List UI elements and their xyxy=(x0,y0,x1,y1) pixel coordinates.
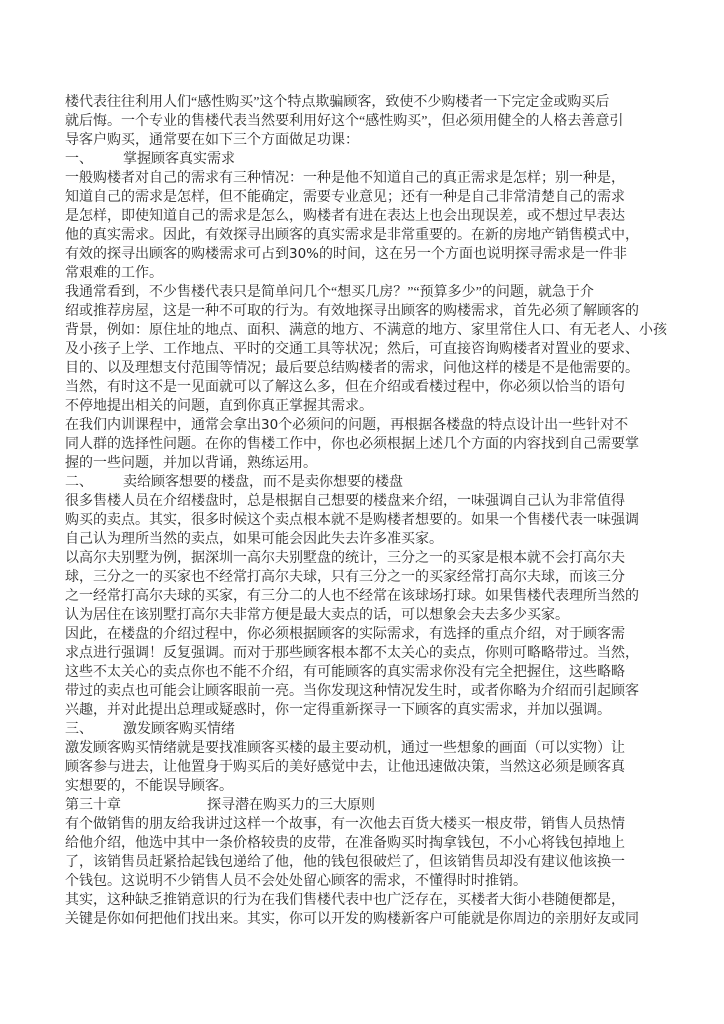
text-line: 及小孩子上学、工作地点、平时的交通工具等状况；然后，可直接咨询购楼者对置业的要求… xyxy=(65,340,665,359)
text-line: 背景，例如：原住址的地点、面积、满意的地方、不满意的地方、家里常住人口、有无老人… xyxy=(65,321,665,340)
text-line: 之一经常打高尔夫球的买家，有三分二的人也不经常在该球场打球。如果售楼代表理所当然… xyxy=(65,587,665,606)
document-text-block: 楼代表往往利用人们“感性购买”这个特点欺骗顾客，致使不少购楼者一下完定金或购买后… xyxy=(65,93,665,929)
text-line: 导客户购买，通常要在如下三个方面做足功课： xyxy=(65,131,665,150)
text-line: 楼代表往往利用人们“感性购买”这个特点欺骗顾客，致使不少购楼者一下完定金或购买后 xyxy=(65,93,665,112)
heading-label: 二、 xyxy=(65,473,123,492)
text-line: 知道自己的需求是怎样，但不能确定，需要专业意见；还有一种是自己非常清楚自己的需求 xyxy=(65,188,665,207)
text-line: 同人群的选择性问题。在你的售楼工作中，你也必须根据上述几个方面的内容找到自己需要… xyxy=(65,435,665,454)
heading-title: 激发顾客购买情绪 xyxy=(123,722,235,737)
text-line: 购买的卖点。其实，很多时候这个卖点根本就不是购楼者想要的。如果一个售楼代表一味强… xyxy=(65,511,665,530)
text-line: 兴趣，并对此提出总理或疑惑时，你一定得重新探寻一下顾客的真实需求，并加以强调。 xyxy=(65,701,665,720)
text-line: 认为居住在该别墅打高尔夫非常方便是最大卖点的话，可以想象会夫去多少买家。 xyxy=(65,606,665,625)
text-line: 他的真实需求。因此，有效探寻出顾客的真实需求是非常重要的。在新的房地产销售模式中… xyxy=(65,226,665,245)
text-line: 这些不太关心的卖点你也不能不介绍，有可能顾客的真实需求你没有完全把握住，这些略略 xyxy=(65,663,665,682)
text-line: 顾客参与进去，让他置身于购买后的美好感觉中去，让他迅速做决策，当然这必须是顾客真 xyxy=(65,758,665,777)
text-line: 有效的探寻出顾客的购楼需求可占到30%的时间，这在另一个方面也说明探寻需求是一件… xyxy=(65,245,665,264)
heading-title: 掌握顾客真实需求 xyxy=(123,152,235,167)
section-heading: 一、掌握顾客真实需求 xyxy=(65,150,665,169)
text-line: 个钱包。这说明不少销售人员不会处处留心顾客的需求，不懂得时时推销。 xyxy=(65,872,665,891)
text-line: 绍或推荐房屋，这是一种不可取的行为。有效地探寻出顾客的购楼需求，首先必须了解顾客… xyxy=(65,302,665,321)
text-line: 其实，这种缺乏推销意识的行为在我们售楼代表中也广泛存在，买楼者大街小巷随便都是， xyxy=(65,891,665,910)
text-line: 实想要的，不能误导顾客。 xyxy=(65,777,665,796)
text-line: 求点进行强调！反复强调。而对于那些顾客根本都不太关心的卖点，你则可略略带过。当然… xyxy=(65,644,665,663)
text-run: 个必须问的问题，再根据各楼盘的特点设计出一些针对不 xyxy=(278,418,628,433)
text-line: 是怎样，即使知道自己的需求是怎么，购楼者有进在表达上也会出现误差，或不想过早表达 xyxy=(65,207,665,226)
text-run: 在我们内训课程中，通常会拿出 xyxy=(65,418,261,433)
text-line: 给他介绍，他选中其中一条价格较贵的皮带，在准备购买时掏拿钱包，不小心将钱包掉地上 xyxy=(65,834,665,853)
text-line: 了，该销售员赶紧拾起钱包递给了他，他的钱包很破烂了，但该销售员却没有建议他该换一 xyxy=(65,853,665,872)
text-line: 当然，有时这不是一见面就可以了解这么多，但在介绍或看楼过程中，你必须以恰当的语句 xyxy=(65,378,665,397)
text-run: 有效的探寻出顾客的购楼需求可占到 xyxy=(65,247,289,262)
text-line: 常艰难的工作。 xyxy=(65,264,665,283)
heading-label: 三、 xyxy=(65,720,123,739)
heading-label: 一、 xyxy=(65,150,123,169)
text-line: 带过的卖点也可能会让顾客眼前一亮。当你发现这种情况发生时，或者你略为介绍而引起顾… xyxy=(65,682,665,701)
text-run: 的时间，这在另一个方面也说明探寻需求是一件非 xyxy=(319,247,627,262)
text-line: 在我们内训课程中，通常会拿出30个必须问的问题，再根据各楼盘的特点设计出一些针对… xyxy=(65,416,665,435)
text-line: 有个做销售的朋友给我讲过这样一个故事，有一次他去百货大楼买一根皮带，销售人员热情 xyxy=(65,815,665,834)
text-line: 自己认为理所当然的卖点，如果可能会因此失去许多准买家。 xyxy=(65,530,665,549)
text-line: 目的、以及理想支付范围等情况；最后要总结购楼者的需求，问他这样的楼是不是他需要的… xyxy=(65,359,665,378)
section-heading: 二、卖给顾客想要的楼盘，而不是卖你想要的楼盘 xyxy=(65,473,665,492)
text-line: 一般购楼者对自己的需求有三种情况：一种是他不知道自己的真正需求是怎样；别一种是， xyxy=(65,169,665,188)
text-line: 握的一些问题，并加以背诵，熟练运用。 xyxy=(65,454,665,473)
heading-label: 第三十章 xyxy=(65,796,207,815)
text-line: 激发顾客购买情绪就是要找准顾客买楼的最主要动机，通过一些想象的画面（可以实物）让 xyxy=(65,739,665,758)
numeric-run: 30 xyxy=(261,417,278,433)
section-heading: 三、激发顾客购买情绪 xyxy=(65,720,665,739)
document-page: 楼代表往往利用人们“感性购买”这个特点欺骗顾客，致使不少购楼者一下完定金或购买后… xyxy=(0,0,724,1024)
text-line: 因此，在楼盘的介绍过程中，你必须根据顾客的实际需求，有选择的重点介绍，对于顾客需 xyxy=(65,625,665,644)
text-line: 就后悔。一个专业的售楼代表当然要利用好这个“感性购买”，但必须用健全的人格去善意… xyxy=(65,112,665,131)
text-line: 不停地提出相关的问题，直到你真正掌握其需求。 xyxy=(65,397,665,416)
chapter-heading: 第三十章探寻潜在购买力的三大原则 xyxy=(65,796,665,815)
text-line: 关键是你如何把他们找出来。其实，你可以开发的购楼新客户可能就是你周边的亲朋好友或… xyxy=(65,910,665,929)
text-line: 我通常看到，不少售楼代表只是简单问几个“想买几房？”“预算多少”的问题，就急于介 xyxy=(65,283,665,302)
text-line: 以高尔夫别墅为例，据深圳一高尔夫别墅盘的统计，三分之一的买家是根本就不会打高尔夫 xyxy=(65,549,665,568)
heading-title: 卖给顾客想要的楼盘，而不是卖你想要的楼盘 xyxy=(123,475,403,490)
numeric-run: 30% xyxy=(289,246,319,262)
text-line: 很多售楼人员在介绍楼盘时，总是根据自己想要的楼盘来介绍，一味强调自己认为非常值得 xyxy=(65,492,665,511)
heading-title: 探寻潜在购买力的三大原则 xyxy=(207,798,375,813)
text-line: 球，三分之一的买家也不经常打高尔夫球，只有三分之一的买家经常打高尔夫球，而该三分 xyxy=(65,568,665,587)
